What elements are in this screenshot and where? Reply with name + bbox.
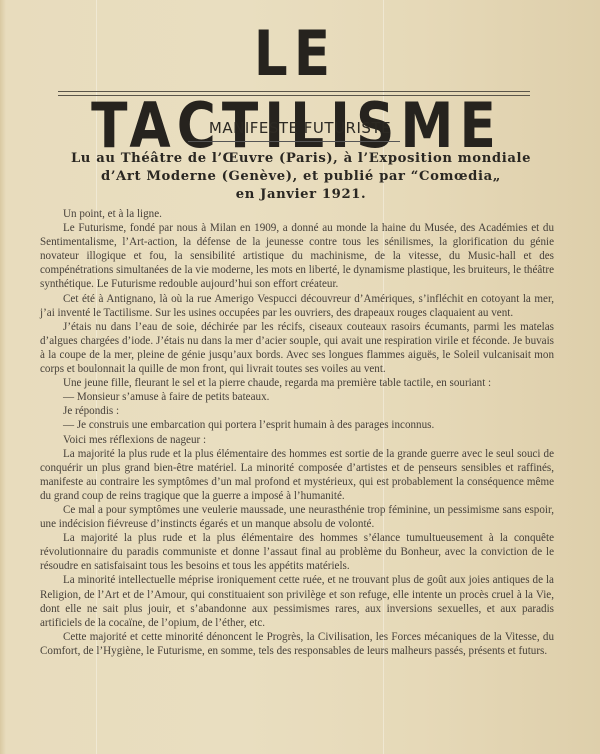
publication-note-line: en Janvier 1921. [36, 186, 566, 204]
title-rule [58, 91, 530, 92]
manifesto-body: Un point, et à la ligne. Le Futurisme, f… [40, 207, 554, 658]
paragraph: La majorité la plus rude et la plus élém… [40, 447, 554, 503]
paragraph: Ce mal a pour symptômes une veulerie mau… [40, 503, 554, 531]
dialogue-line: — Monsieur s’amuse à faire de petits bat… [40, 390, 554, 404]
paragraph: Le Futurisme, fondé par nous à Milan en … [40, 221, 554, 291]
subtitle-underline [188, 141, 400, 142]
paragraph: La minorité intellectuelle méprise ironi… [40, 573, 554, 629]
publication-note-line: d’Art Moderne (Genève), et publié par “C… [36, 168, 566, 186]
paragraph: J’étais nu dans l’eau de soie, déchirée … [40, 320, 554, 376]
title-rule [58, 95, 530, 96]
paragraph: La majorité la plus rude et la plus élém… [40, 531, 554, 573]
document-page: LE TACTILISME MANIFESTE FUTURISTE Lu au … [0, 0, 600, 754]
paragraph: Cet été à Antignano, là où la rue Amerig… [40, 292, 554, 320]
paragraph: Cette majorité et cette minorité dénonce… [40, 630, 554, 658]
publication-note: Lu au Théâtre de l’Œuvre (Paris), à l’Ex… [36, 150, 566, 204]
publication-note-line: Lu au Théâtre de l’Œuvre (Paris), à l’Ex… [36, 150, 566, 168]
paragraph: Une jeune fille, fleurant le sel et la p… [40, 376, 554, 390]
dialogue-line: — Je construis une embarcation qui porte… [40, 418, 554, 432]
paragraph: Voici mes réflexions de nageur : [40, 433, 554, 447]
document-subtitle: MANIFESTE FUTURISTE [0, 119, 600, 137]
paragraph: Un point, et à la ligne. [40, 207, 554, 221]
dialogue-line: Je répondis : [40, 404, 554, 418]
